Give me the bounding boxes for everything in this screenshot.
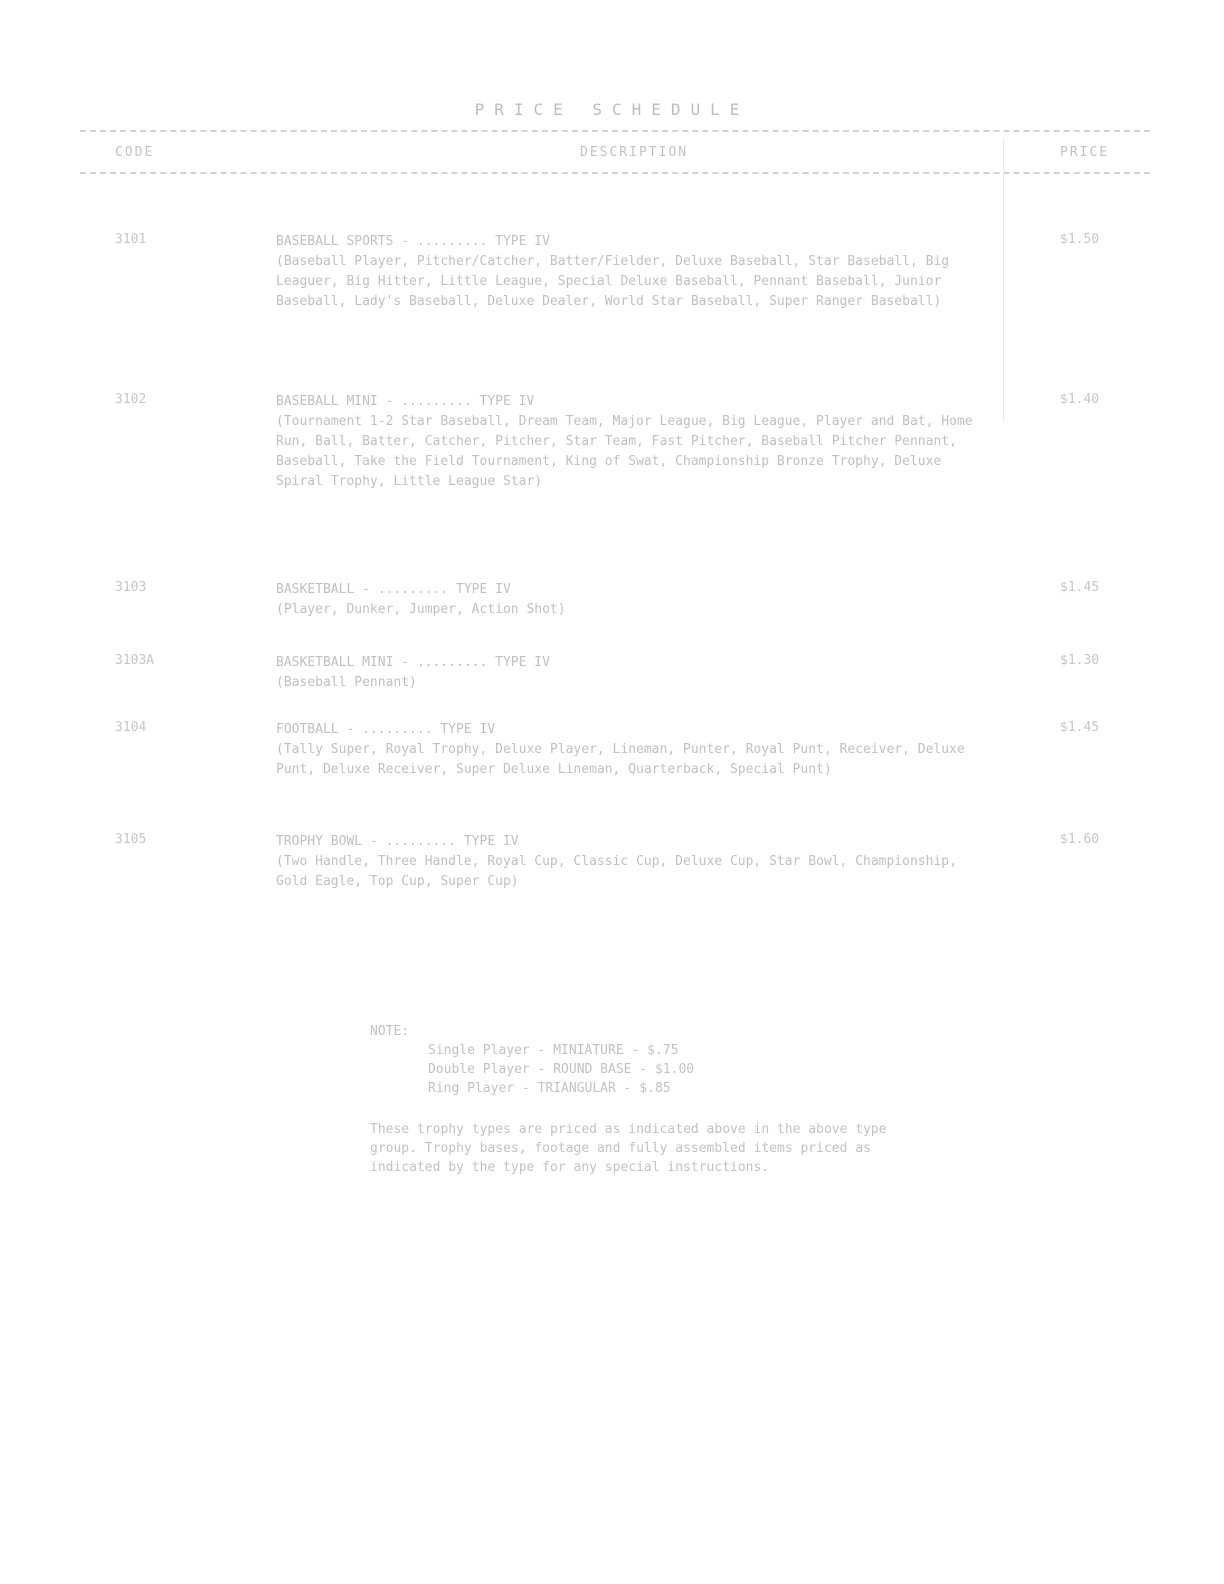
- item-description: BASEBALL MINI - ......... TYPE IV (Tourn…: [276, 392, 986, 492]
- note-line: Single Player - MINIATURE - $.75: [428, 1041, 890, 1060]
- item-price: $1.30: [1060, 653, 1099, 668]
- note-line: Ring Player - TRIANGULAR - $.85: [428, 1079, 890, 1098]
- item-heading: FOOTBALL - ......... TYPE IV: [276, 720, 986, 740]
- column-divider: [1003, 140, 1004, 420]
- item-heading: BASKETBALL - ......... TYPE IV: [276, 580, 986, 600]
- item-price: $1.45: [1060, 580, 1099, 595]
- column-header-price: PRICE: [1060, 145, 1109, 160]
- item-description: BASKETBALL - ......... TYPE IV (Player, …: [276, 580, 986, 620]
- item-code: 3103: [115, 580, 146, 595]
- header-divider: [80, 172, 1150, 174]
- column-header-code: CODE: [115, 145, 154, 160]
- item-code: 3105: [115, 832, 146, 847]
- item-description: BASEBALL SPORTS - ......... TYPE IV (Bas…: [276, 232, 986, 312]
- item-price: $1.40: [1060, 392, 1099, 407]
- item-heading: TROPHY BOWL - ......... TYPE IV: [276, 832, 986, 852]
- item-code: 3101: [115, 232, 146, 247]
- note-block: NOTE: Single Player - MINIATURE - $.75 D…: [370, 1022, 890, 1177]
- item-heading: BASEBALL MINI - ......... TYPE IV: [276, 392, 986, 412]
- note-line: Double Player - ROUND BASE - $1.00: [428, 1060, 890, 1079]
- item-heading: BASKETBALL MINI - ......... TYPE IV: [276, 653, 986, 673]
- item-code: 3102: [115, 392, 146, 407]
- item-description: TROPHY BOWL - ......... TYPE IV (Two Han…: [276, 832, 986, 892]
- note-label: NOTE:: [370, 1022, 890, 1041]
- column-header-description: DESCRIPTION: [580, 145, 688, 160]
- item-code: 3103A: [115, 653, 154, 668]
- note-paragraph: These trophy types are priced as indicat…: [370, 1120, 890, 1177]
- item-text: (Two Handle, Three Handle, Royal Cup, Cl…: [276, 854, 957, 889]
- item-text: (Tournament 1-2 Star Baseball, Dream Tea…: [276, 414, 973, 489]
- top-divider: [80, 130, 1150, 132]
- item-text: (Baseball Player, Pitcher/Catcher, Batte…: [276, 254, 949, 309]
- item-price: $1.50: [1060, 232, 1099, 247]
- item-text: (Tally Super, Royal Trophy, Deluxe Playe…: [276, 742, 965, 777]
- item-price: $1.45: [1060, 720, 1099, 735]
- item-price: $1.60: [1060, 832, 1099, 847]
- document-title: PRICE SCHEDULE: [0, 100, 1224, 119]
- item-description: BASKETBALL MINI - ......... TYPE IV (Bas…: [276, 653, 986, 693]
- item-text: (Player, Dunker, Jumper, Action Shot): [276, 602, 566, 617]
- item-text: (Baseball Pennant): [276, 675, 417, 690]
- item-heading: BASEBALL SPORTS - ......... TYPE IV: [276, 232, 986, 252]
- item-description: FOOTBALL - ......... TYPE IV (Tally Supe…: [276, 720, 986, 780]
- item-code: 3104: [115, 720, 146, 735]
